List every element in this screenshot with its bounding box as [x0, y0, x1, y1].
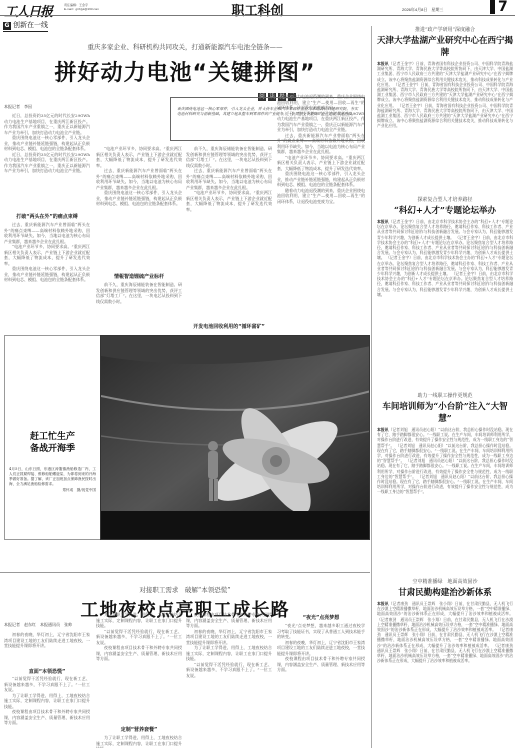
column-g-icon: G [3, 22, 11, 30]
brief-kicker: 助力一线职工操作更规范 [377, 392, 513, 399]
news-photo-ship-propeller [100, 335, 370, 540]
brief-kicker: 推进“政产学研用”深度融合 [377, 26, 513, 33]
right-news-column: 推进“政产学研用”深度融合 天津大学盐湖产业研究中心在西宁揭牌 本报讯（记者王金… [371, 26, 513, 748]
lead-subhead-2: 情報智造锂硫产业标杆 [96, 273, 182, 280]
paragraph: 重庆围绕电池这一核心零部件，引入龙头企业，推动产业链补链延链强链，构建起从正负极… [96, 190, 182, 207]
paragraph: 初春的夜晚，华灯初上，辽宁省沈阳市王家湾项目建设工地的工友们陆续走进工地夜校，一… [4, 632, 90, 649]
lead-col-3: 前不久，重庆海辰储能装备在智能制造、研发创新和供应链管理等领域的突出优势，获评工… [186, 146, 272, 316]
masthead: 工人日报 责任编辑：王金宇 E-mail：grrbjyk@163.com 职工科… [0, 0, 515, 17]
lead-col-1b: 过去，重庆新能源汽车产业曾面临“两头在外”的痛点束缚——高端材料依赖外地采购，回… [4, 222, 90, 332]
paragraph: “以前觉得干活凭经验就行，现在新工艺、新设备越来越多，不学习真跟不上了。”一位工… [4, 676, 90, 693]
paragraph: 过去，重庆新能源汽车产业曾面临“两头在外”的痛点束缚——高端材料依赖外地采购，回… [96, 168, 182, 190]
paragraph: 重庆围绕电池这一核心零部件，引入龙头企业，推动产业链补链延链强链，构建起从正负极… [277, 171, 365, 188]
paragraph: 过去，重庆新能源汽车产业曾面临“两头在外”的痛点束缚——高端材料依赖外地采购，回… [186, 168, 272, 190]
lower-col-1: 初春的夜晚，华灯初上，辽宁省沈阳市王家湾项目建设工地的工友们陆续走进工地夜校，一… [4, 632, 90, 662]
issue-date: 2026年4月8日 星期三 [402, 7, 443, 13]
masthead-rule [0, 15, 515, 16]
brief-body: 本报讯（记者康劲 通讯员王崇辉 张小翔）日前，在甘肃民勤县，无人机飞行在沙漠上空… [377, 601, 513, 663]
lower-col-2b: 为了让职工学得进、用得上，工地夜校结合施工实际，定制课程内容，让职工在家门口提升… [96, 735, 182, 748]
paragraph: 为了让职工学得进、用得上，工地夜校结合施工实际，定制课程内容，让职工在家门口提升… [96, 735, 182, 748]
paragraph: 夜校课程由项目技术骨干和外聘专家共同授课，内容涵盖安全生产、质量管理、新技术应用… [186, 612, 272, 629]
paragraph: 随着动力电池退役潮的到来，重庆企业围绕电池回收利用，建立“生产—使用—回收—再生… [277, 188, 365, 205]
photo-title-line-2: 备战开海季 [9, 443, 96, 455]
paragraph: 近日，总投资约35亿元的时代长安29GWh动力电池生产基地项目，在重庆两江新区投… [4, 113, 90, 135]
brief-body: 本报讯（记者王金宇）日前，青海省国有科技企业投资公司、中国科学院青海盐湖研究所、… [377, 61, 513, 129]
photo-title-line-1: 赶工忙生产 [9, 431, 96, 443]
lead-subhead-1: 打破“两头在外”的痛点束缚 [4, 213, 90, 220]
photo-caption-box: 赶工忙生产 备战开海季 4月5日，山东日照，东港区涛雒镇渔船修造厂内，工人们正抓… [4, 335, 100, 540]
lead-col-1: 近日，总投资约35亿元的时代长安29GWh动力电池生产基地项目，在重庆两江新区投… [4, 113, 90, 211]
lower-kicker: 对接职工需求 破解“本领恐慌” [0, 585, 370, 594]
brief-kicker: 空中精准播绿 地面高效固沙 [377, 578, 513, 585]
brief-article-3: 助力一线职工操作更规范 车间培训师为“小台阶”注入“大智慧” 本报讯（记者刘旭 … [377, 392, 513, 578]
paragraph: 重庆围绕电池这一核心零部件，引入龙头企业，推动产业链补链延链强链，构建起从正负极… [4, 266, 90, 283]
lower-subhead-2: 定制“营养套餐” [96, 726, 182, 733]
column-tag: G创新在一线 [3, 20, 48, 32]
lead-byline: 本报记者 李因 [4, 104, 32, 110]
brief-article-4: 空中精准播绿 地面高效固沙 甘肃民勤构建治沙新体系 本报讯（记者康劲 通讯员王崇… [377, 578, 513, 748]
lower-byline: 本报记者 赵东红 本报通讯员 张帅 [4, 622, 72, 628]
paragraph: 夜校课程由项目技术骨干和外聘专家共同授课，内容涵盖安全生产、质量管理、新技术应用… [4, 709, 90, 726]
photo-caption: 4月5日，山东日照，东港区涛雒镇渔船修造厂内，工人们正抓紧焊接、维修船舶螺旋桨，… [9, 467, 96, 487]
paragraph: 过去，重庆新能源汽车产业曾面临“两头在外”的痛点束缚——高端材料依赖外地采购，回… [4, 222, 90, 244]
lead-col-2b: 前不久，重庆海辰储能装备在智能制造、研发创新和供应链管理等领域的突出优势，获评工… [96, 282, 182, 332]
brief-headline: 车间培训师为“小台阶”注入“大智慧” [377, 400, 513, 424]
lower-col-4: “夜光”点亮梦想，越来越多职工通过夜校学习考取了技能证书，实现了从普通工人到技术… [277, 623, 365, 748]
lower-subhead-3: “夜光”点亮梦想 [277, 614, 365, 621]
paragraph: “夜光”点亮梦想，越来越多职工通过夜校学习考取了技能证书，实现了从普通工人到技术… [277, 623, 365, 640]
paragraph: 过去，重庆新能源汽车产业曾面临“两头在外”的痛点束缚——高端材料依赖外地采购，回… [277, 133, 365, 155]
paragraph: 重庆围绕电池这一核心零部件，引入龙头企业，推动产业链补链延链强链，构建起从正负极… [4, 135, 90, 152]
paragraph: “电池产业环节多、协同要求高。”重庆两江新区相关负责人表示，产业链上下游企业就近… [4, 244, 90, 266]
brief-body: 本报讯（记者王金宇）日前，由北京市科学技术协会主办的“科幻+人才”专题论坛在京举… [377, 219, 513, 297]
paragraph: 夜校课程由项目技术骨干和外聘专家共同授课，内容涵盖安全生产、质量管理、新技术应用… [277, 656, 365, 673]
paragraph: 为了让职工学得进、用得上，工地夜校结合施工实际，定制课程内容，让职工在家门口提升… [4, 693, 90, 710]
paragraph: 初春的夜晚，华灯初上，辽宁省沈阳市王家湾项目建设工地的工友们陆续走进工地夜校，一… [186, 629, 272, 646]
paragraph: 近日，总投资约35亿元的时代长安29GWh动力电池生产基地项目，在重庆两江新区投… [4, 152, 90, 174]
brief-kicker: 探索复合型人才培养路径 [377, 196, 513, 203]
lower-col-2: 为了让职工学得进、用得上，工地夜校结合施工实际，定制课程内容，让职工在家门口提升… [96, 612, 182, 722]
paragraph: “以前觉得干活凭经验就行，现在新工艺、新设备越来越多，不学习真跟不上了。”一位工… [96, 629, 182, 646]
brief-article-1: 推进“政产学研用”深度融合 天津大学盐湖产业研究中心在西宁揭牌 本报讯（记者王金… [377, 26, 513, 196]
paragraph: “电池产业环节多、协同要求高。”重庆两江新区相关负责人表示，产业链上下游企业就近… [186, 190, 272, 212]
brief-text: （记者康劲 通讯员王崇辉 张小翔）日前，在甘肃民勤县，无人机飞行在沙漠上空精准播… [377, 601, 513, 616]
lead-subhead-3: 开发电池回收利用的“循环富矿” [186, 323, 272, 330]
page-number: 7 [490, 0, 512, 14]
lead-col-4: 随着动力电池退役潮的到来，重庆企业围绕电池回收利用，建立“生产—使用—回收—再生… [277, 94, 365, 332]
paragraph: 近日，总投资约35亿元的时代长安29GWh动力电池生产基地项目，在重庆两江新区投… [277, 111, 365, 133]
lead-headline: 拼好动力电池“关键拼图” [0, 56, 370, 87]
lead-kicker: 重庆多家企业、科研机构共同攻关，打通新能源汽车电池全链条—— [0, 42, 370, 51]
section-divider [0, 572, 370, 573]
column-tag-label: 创新在一线 [13, 21, 48, 29]
brief-headline: 天津大学盐湖产业研究中心在西宁揭牌 [377, 34, 513, 58]
lower-col-3: 夜校课程由项目技术骨干和外聘专家共同授课，内容涵盖安全生产、质量管理、新技术应用… [186, 612, 272, 748]
photo-credit: 郑怀成 摄/视觉中国 [9, 488, 96, 493]
paragraph: 随着动力电池退役潮的到来，重庆企业围绕电池回收利用，建立“生产—使用—回收—再生… [277, 94, 365, 111]
lower-subhead-1: 直面“本领恐慌” [4, 668, 90, 675]
paragraph: “电池产业环节多、协同要求高。”重庆两江新区相关负责人表示，产业链上下游企业就近… [96, 146, 182, 168]
brief-headline: 甘肃民勤构建治沙新体系 [377, 586, 513, 598]
brief-headline: “科幻+人才”专题论坛举办 [377, 204, 513, 216]
brief-article-2: 探索复合型人才培养路径 “科幻+人才”专题论坛举办 本报讯（记者王金宇）日前，由… [377, 196, 513, 392]
lead-col-2: “电池产业环节多、协同要求高。”重庆两江新区相关负责人表示，产业链上下游企业就近… [96, 146, 182, 271]
brief-text: （记者王金宇）日前，青海省国有科技企业投资公司、中国科学院青海盐湖研究所、青海大… [377, 103, 513, 129]
paragraph: 为了让职工学得进、用得上，工地夜校结合施工实际，定制课程内容，让职工在家门口提升… [186, 645, 272, 662]
lower-col-1b: “以前觉得干活凭经验就行，现在新工艺、新设备越来越多，不学习真跟不上了。”一位工… [4, 676, 90, 748]
paragraph: “以前觉得干活凭经验就行，现在新工艺、新设备越来越多，不学习真跟不上了。”一位工… [186, 662, 272, 679]
paragraph: 前不久，重庆海辰储能装备在智能制造、研发创新和供应链管理等领域的突出优势，获评工… [96, 282, 182, 304]
brief-body: 本报讯（记者刘旭 通讯员赵心阳）“以前这台阶，我总担心操作时没站稳。现在有了它，… [377, 427, 513, 495]
brief-text: （记者康劲 通讯员王崇辉 张小翔）日前，在甘肃民勤县，无人机飞行在沙漠上空精准播… [377, 617, 513, 632]
paragraph: 夜校课程由项目技术骨干和外聘专家共同授课，内容涵盖安全生产、质量管理、新技术应用… [96, 645, 182, 662]
paragraph: “电池产业环节多、协同要求高。”重庆两江新区相关负责人表示，产业链上下游企业就近… [277, 155, 365, 172]
paragraph: 前不久，重庆海辰储能装备在智能制造、研发创新和供应链管理等领域的突出优势，获评工… [186, 146, 272, 168]
propeller-illustration [101, 336, 370, 540]
paragraph: 初春的夜晚，华灯初上，辽宁省沈阳市王家湾项目建设工地的工友们陆续走进工地夜校，一… [277, 640, 365, 657]
paragraph: 为了让职工学得进、用得上，工地夜校结合施工实际，定制课程内容，让职工在家门口提升… [96, 612, 182, 629]
